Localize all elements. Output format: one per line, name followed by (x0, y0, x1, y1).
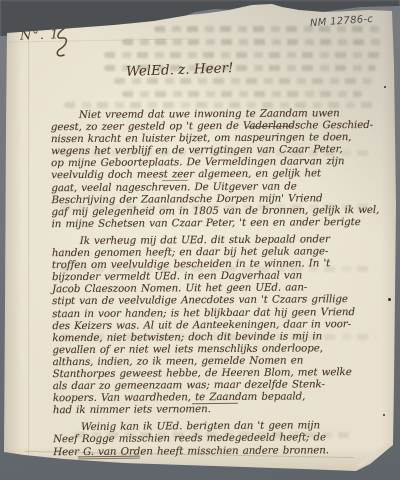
bleedthrough-line (122, 91, 362, 97)
fold-crease (28, 34, 29, 454)
ink-speck (388, 298, 391, 301)
manuscript-line: had ik nimmer iets vernomen. (53, 402, 391, 416)
letter-body: Niet vreemd dat uwe inwoning te Zaandam … (51, 107, 391, 458)
manuscript-line: des Keizers was. Al uit de Aanteekeninge… (52, 317, 390, 331)
ink-speck (384, 86, 386, 88)
bleedthrough-line (104, 52, 382, 58)
salutation: WelEd. z. Heer! (126, 60, 234, 80)
manuscript-line: in mijne Schetsen van Czaar Peter, 't ee… (52, 216, 390, 230)
manuscript-page: N°. 1 NM 12786-c WelEd. z. Heer! Niet vr… (4, 4, 396, 476)
photo-stage: N°. 1 NM 12786-c WelEd. z. Heer! Niet vr… (0, 0, 400, 480)
bleedthrough-line (154, 26, 382, 32)
ink-speck (383, 414, 385, 416)
